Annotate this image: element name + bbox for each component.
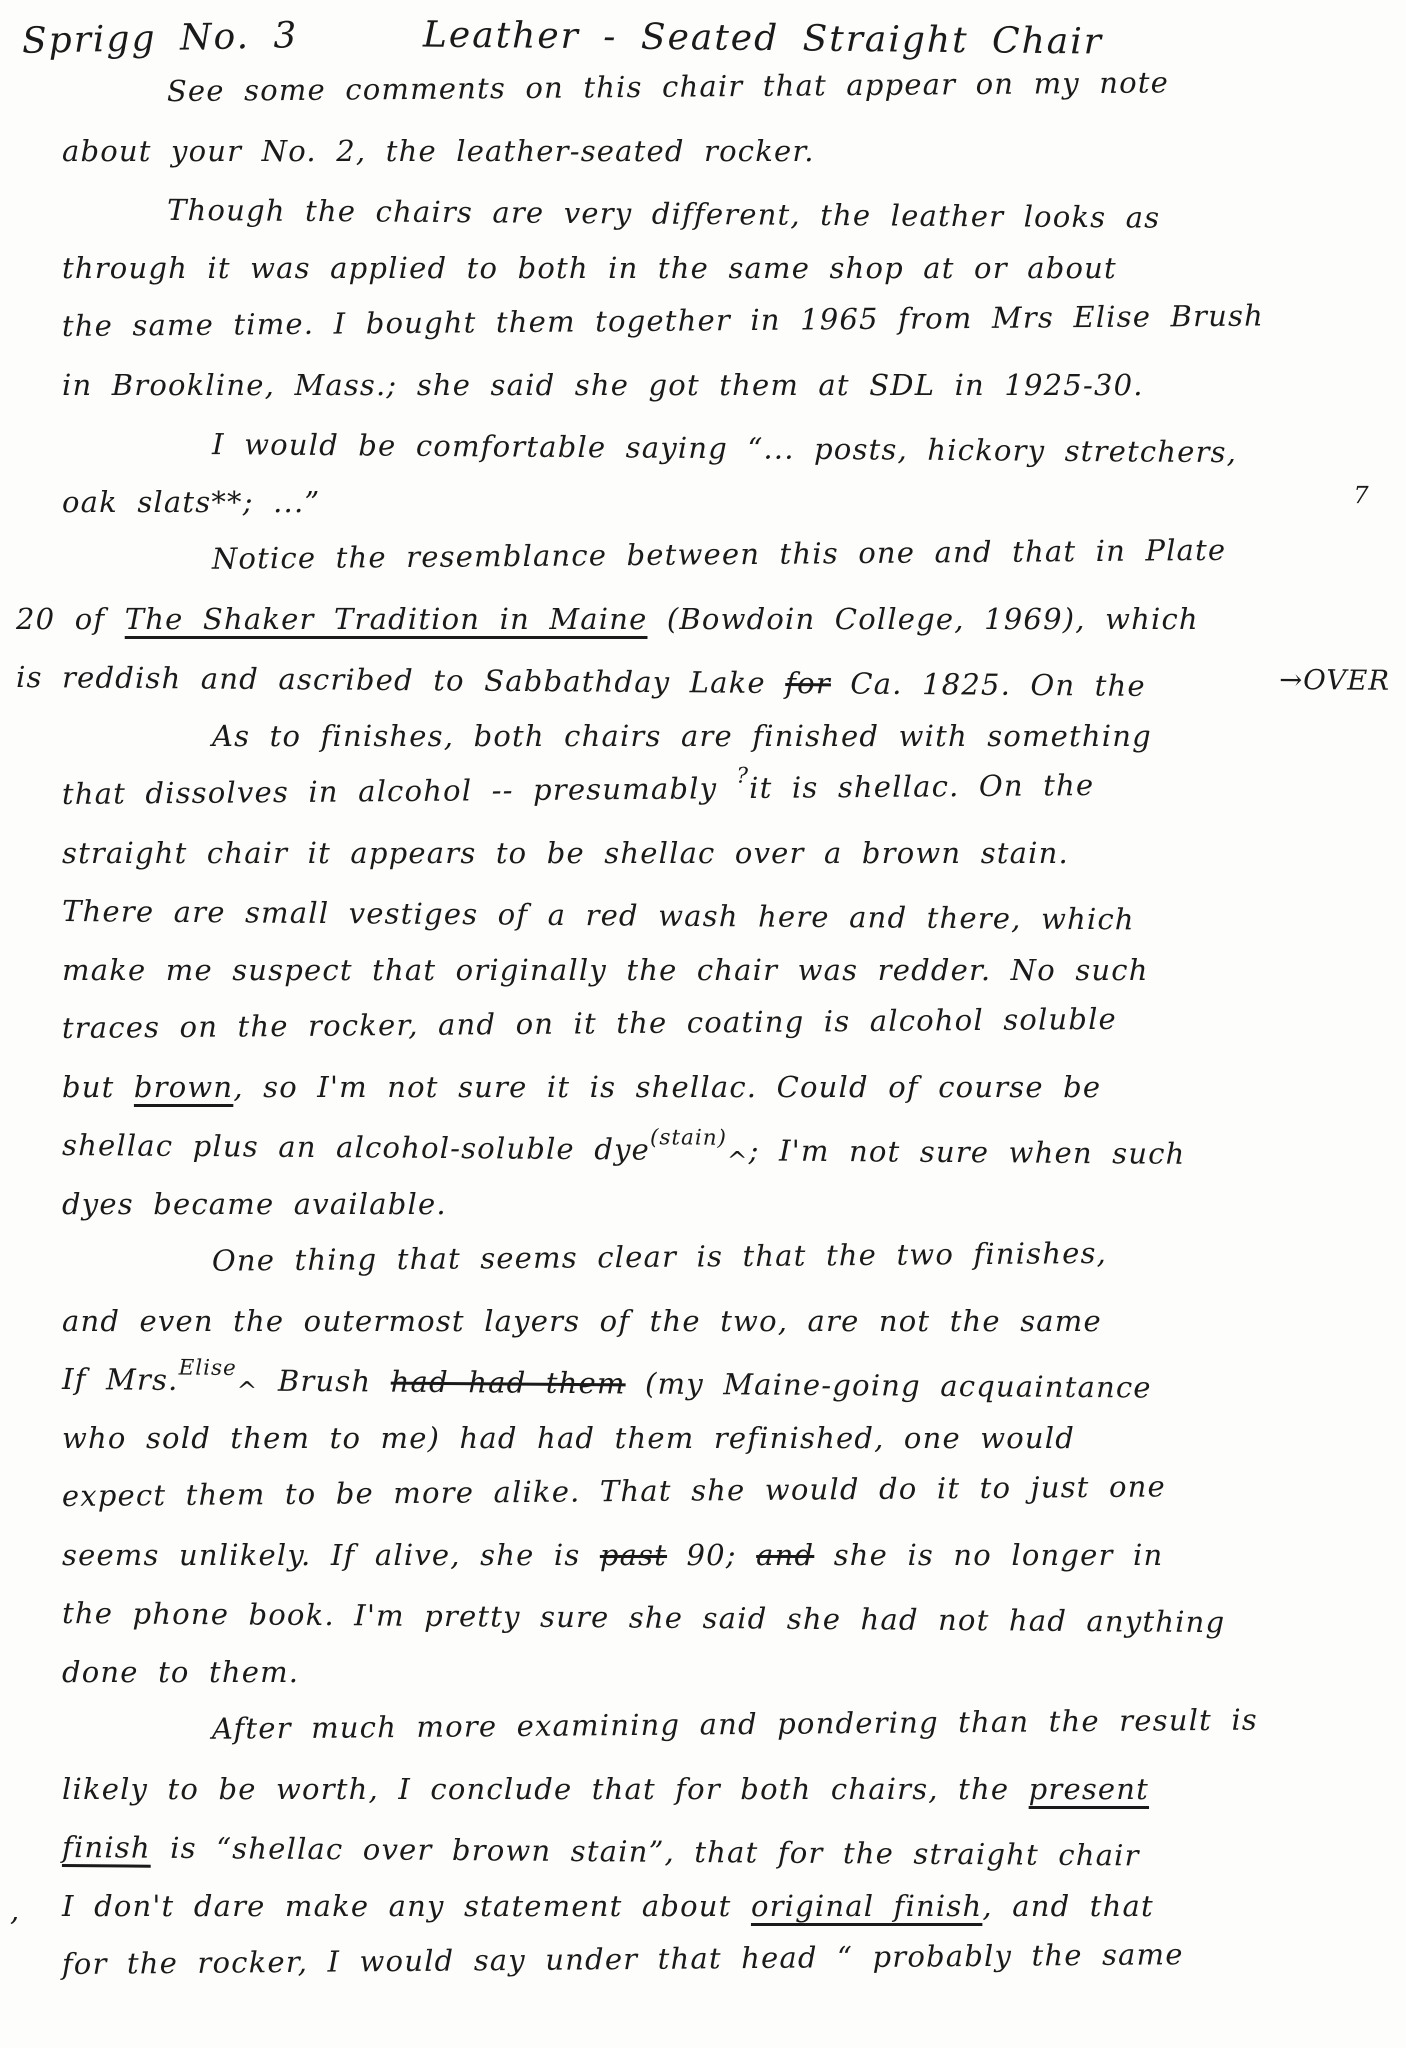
text-segment: There are small vestiges of a red wash h… [62,894,1135,936]
text-segment: ? [736,764,749,789]
text-segment: likely to be worth, I conclude that for … [62,1772,1029,1806]
text-segment: Though the chairs are very different, th… [167,193,1160,235]
text-segment: who sold them to me) had had them refini… [62,1421,1075,1455]
handwritten-line: that dissolves in alcohol -- presumably … [62,765,1396,835]
text-segment: Ca. 1825. On the [831,666,1146,702]
text-segment: and [756,1538,814,1572]
text-segment: past [600,1538,667,1572]
handwritten-line: See some comments on this chair that app… [62,63,1396,133]
text-segment: 90; [667,1538,756,1572]
text-segment: is “shellac over brown stain”, that for … [151,1831,1140,1873]
handwritten-line: 20 of The Shaker Tradition in Maine (Bow… [16,602,1396,661]
handwritten-line: likely to be worth, I conclude that for … [62,1772,1396,1831]
handwritten-line: seems unlikely. If alive, she is past 90… [62,1538,1396,1597]
text-segment: brown [134,1070,233,1104]
scanned-note-page: Sprigg No. 3 Leather - Seated Straight C… [0,0,1406,2048]
text-segment: As to finishes, both chairs are finished… [212,719,1152,753]
text-segment: If Mrs. [62,1362,179,1397]
text-segment: I don't dare make any statement about [62,1889,751,1923]
margin-note: →OVER [1279,664,1390,697]
handwritten-line: straight chair it appears to be shellac … [62,836,1396,895]
text-segment: seems unlikely. If alive, she is [62,1538,600,1572]
handwritten-line: Notice the resemblance between this one … [62,531,1396,601]
text-segment: , and that [982,1889,1153,1923]
handwritten-line: but brown, so I'm not sure it is shellac… [62,1070,1396,1129]
text-segment: present [1029,1772,1149,1806]
text-segment: had had them [391,1365,626,1401]
note-header: Sprigg No. 3 Leather - Seated Straight C… [0,0,1406,63]
text-segment: she is no longer in [814,1538,1163,1572]
text-segment: finish [62,1830,151,1865]
text-segment: in Brookline, Mass.; she said she got th… [62,368,1144,402]
text-segment: make me suspect that originally the chai… [62,953,1149,987]
text-segment: shellac plus an alcohol-soluble dye [62,1128,650,1167]
note-title-left: Sprigg No. 3 [22,15,299,62]
text-segment: about your No. 2, the leather-seated roc… [62,134,815,168]
handwritten-line: in Brookline, Mass.; she said she got th… [62,368,1396,427]
text-segment: done to them. [62,1655,299,1689]
text-segment: (my Maine-going acquaintance [626,1366,1152,1404]
text-segment: original finish [751,1889,982,1923]
note-title-right: Leather - Seated Straight Chair [423,14,1103,62]
text-segment: dyes became available. [62,1187,447,1221]
text-segment: ^ [727,1146,749,1175]
handwritten-line: traces on the rocker, and on it the coat… [62,999,1396,1069]
text-segment: I would be comfortable saying “... posts… [212,427,1237,469]
handwritten-line: about your No. 2, the leather-seated roc… [62,134,1396,193]
text-segment: the phone book. I'm pretty sure she said… [62,1596,1225,1639]
text-segment: ; I'm not sure when such [749,1133,1186,1170]
text-segment: Brush [258,1364,391,1399]
text-segment: The Shaker Tradition in Maine [125,602,648,636]
text-segment: it is shellac. On the [749,768,1094,805]
text-segment: and even the outermost layers of the two… [62,1304,1102,1338]
text-segment: (stain) [650,1125,727,1151]
text-segment: One thing that seems clear is that the t… [212,1236,1107,1278]
text-segment: through it was applied to both in the sa… [62,251,1117,285]
text-segment: is reddish and ascribed to Sabbathday La… [16,660,785,700]
handwriting-body: See some comments on this chair that app… [0,63,1406,2006]
text-segment: that dissolves in alcohol -- presumably [62,771,737,811]
text-segment: for [785,666,831,700]
text-segment: 20 of [16,602,125,636]
text-segment: oak slats**; ...” [62,485,320,519]
handwritten-line: for the rocker, I would say under that h… [62,1935,1396,2005]
handwritten-line: and even the outermost layers of the two… [62,1304,1396,1363]
text-segment: ^ [236,1376,258,1405]
text-segment: , so I'm not sure it is shellac. Could o… [233,1070,1101,1104]
text-segment: Elise [179,1355,237,1380]
handwritten-line: the same time. I bought them together in… [62,297,1396,367]
text-segment: See some comments on this chair that app… [167,65,1169,108]
text-segment: straight chair it appears to be shellac … [62,836,1069,870]
handwritten-line: expect them to be more alike. That she w… [62,1467,1396,1537]
handwritten-line: After much more examining and pondering … [62,1701,1396,1771]
text-segment: but [62,1070,134,1104]
text-segment: (Bowdoin College, 1969), which [647,602,1198,636]
handwritten-line: One thing that seems clear is that the t… [62,1233,1396,1303]
margin-note: , [10,1893,20,1927]
